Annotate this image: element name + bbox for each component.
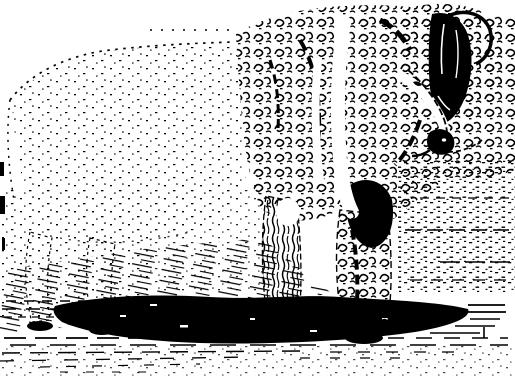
hind-hoof-fore bbox=[89, 325, 115, 335]
nostril-highlight bbox=[442, 138, 446, 141]
animal-engraving bbox=[0, 0, 515, 377]
neck-highlight bbox=[316, 60, 320, 180]
ground-speckle bbox=[0, 346, 515, 376]
knee-highlight bbox=[276, 198, 300, 226]
engraving-page bbox=[0, 0, 515, 377]
front-hoof-shaggy bbox=[345, 332, 383, 344]
hind-leg-fore bbox=[87, 238, 115, 326]
front-hoof-near bbox=[266, 324, 300, 336]
bull-engraving-svg bbox=[0, 0, 515, 377]
bull-body bbox=[12, 44, 246, 243]
hind-hoof-rear bbox=[27, 321, 53, 331]
front-leg-shaggy bbox=[337, 210, 392, 334]
